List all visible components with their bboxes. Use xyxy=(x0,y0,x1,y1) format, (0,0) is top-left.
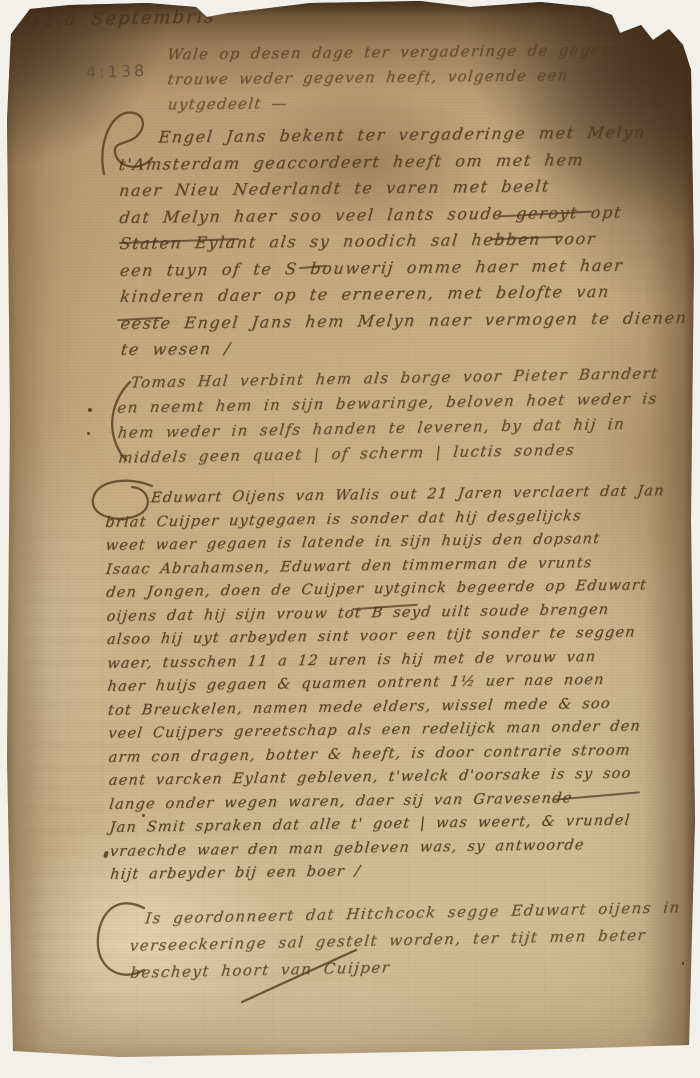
scan-background: 11.a Septembris 4:138 Wale op desen dage… xyxy=(0,0,700,1078)
manuscript-line: uytgedeelt — xyxy=(166,88,633,118)
header-date: 11.a Septembris xyxy=(29,6,216,30)
intro-paragraph: Wale op desen dage ter vergaderinge de g… xyxy=(166,38,631,118)
paragraph-tomas-hal: Tomas Hal verbint hem als borge voor Pie… xyxy=(115,361,658,470)
ink-speck xyxy=(690,1011,694,1016)
ink-dot xyxy=(88,408,92,412)
ink-speck xyxy=(682,962,684,965)
paragraph-eduwart-oijens: Eduwart Oijens van Walis out 21 Jaren ve… xyxy=(103,480,668,887)
manuscript-line: te wesen / xyxy=(119,331,689,363)
archival-ref: 4:138 xyxy=(86,61,148,82)
ink-speck xyxy=(389,545,391,547)
paragraph-ordinance: Is geordonneert dat Hitchcock segge Eduw… xyxy=(127,894,680,987)
ink-dot xyxy=(87,432,90,435)
manuscript-page: 11.a Septembris 4:138 Wale op desen dage… xyxy=(0,0,700,1078)
ink-dot xyxy=(142,814,145,817)
paragraph-engel-jans: Engel Jans bekent ter vergaderinge met M… xyxy=(117,119,686,363)
